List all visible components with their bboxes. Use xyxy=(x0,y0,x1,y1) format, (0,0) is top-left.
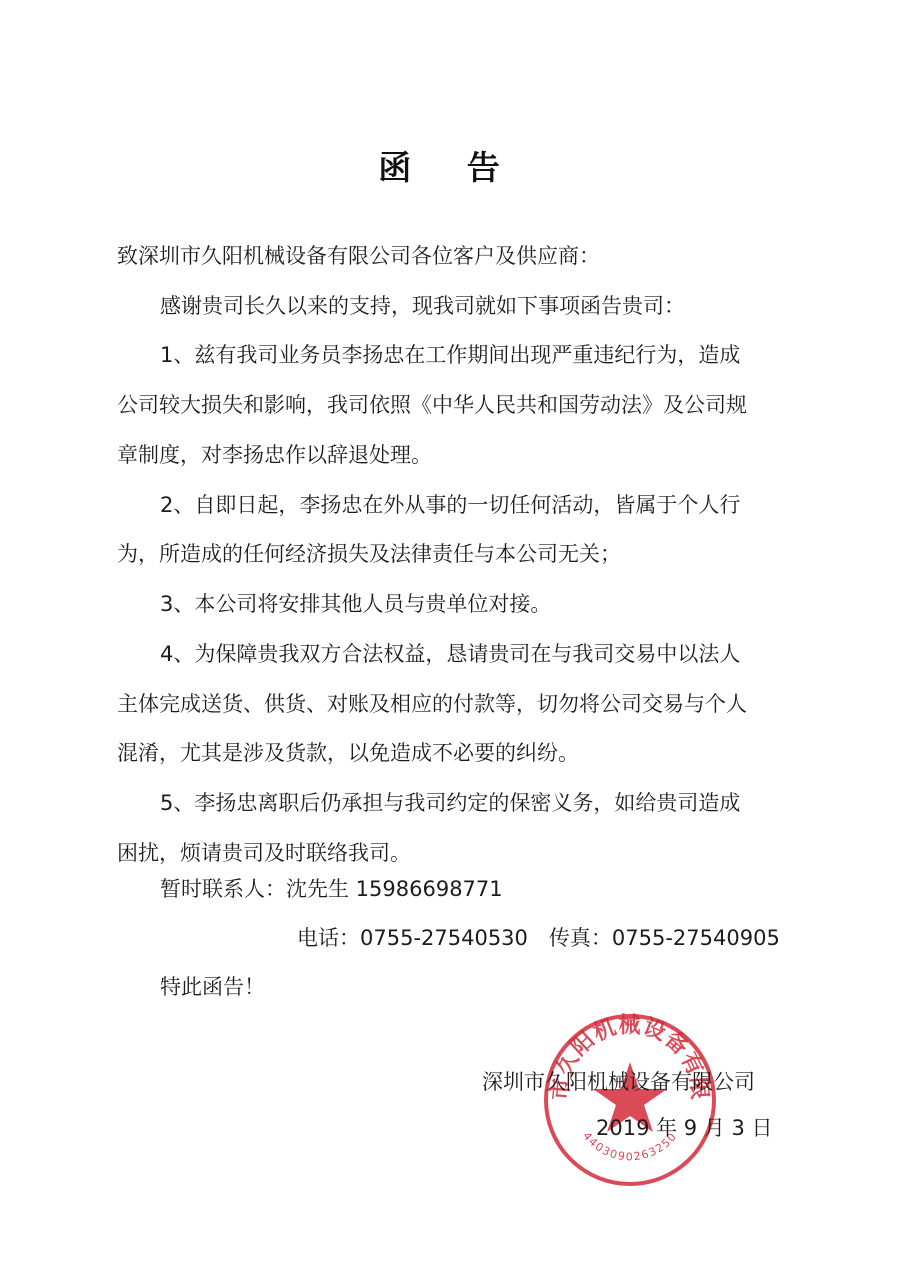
item-3-line-1: 3、本公司将安排其他人员与贵单位对接。 xyxy=(160,588,551,618)
closing-text: 特此函告！ xyxy=(160,971,265,1001)
item-1-line-2: 公司较大损失和影响，我司依照《中华人民共和国劳动法》及公司规 xyxy=(117,389,747,419)
item-2-line-1: 2、自即日起，李扬忠在外从事的一切任何活动，皆属于个人行 xyxy=(160,489,740,519)
item-4-line-3: 混淆，尤其是涉及货款，以免造成不必要的纠纷。 xyxy=(117,737,579,767)
letter-page: 函 告 致深圳市久阳机械设备有限公司各位客户及供应商： 感谢贵司长久以来的支持，… xyxy=(0,0,900,1283)
item-4-line-2: 主体完成送货、供货、对账及相应的付款等，切勿将公司交易与个人 xyxy=(117,688,747,718)
item-5-line-1: 5、李扬忠离职后仍承担与我司约定的保密义务，如给贵司造成 xyxy=(160,787,740,817)
salutation: 致深圳市久阳机械设备有限公司各位客户及供应商： xyxy=(117,240,600,270)
seal-stamp-icon: 深圳市久阳机械设备有限公司 4403090263250 xyxy=(540,1010,720,1190)
item-2-line-2: 为，所造成的任何经济损失及法律责任与本公司无关； xyxy=(117,538,621,568)
contact-person: 暂时联系人：沈先生 15986698771 xyxy=(160,873,503,903)
contact-phone-fax: 电话：0755-27540530 传真：0755-27540905 xyxy=(297,922,780,952)
signature-date: 2019 年 9 月 3 日 xyxy=(596,1112,773,1142)
document-title: 函 告 xyxy=(0,142,900,189)
item-4-line-1: 4、为保障贵我双方合法权益，恳请贵司在与我司交易中以法人 xyxy=(160,638,740,668)
company-seal: 深圳市久阳机械设备有限公司 4403090263250 xyxy=(540,1010,720,1190)
intro-paragraph: 感谢贵司长久以来的支持，现我司就如下事项函告贵司： xyxy=(160,290,685,320)
item-1-line-1: 1、兹有我司业务员李扬忠在工作期间出现严重违纪行为，造成 xyxy=(160,339,740,369)
item-5-line-2: 困扰，烦请贵司及时联络我司。 xyxy=(117,837,411,867)
item-1-line-3: 章制度，对李扬忠作以辞退处理。 xyxy=(117,439,432,469)
signature-company: 深圳市久阳机械设备有限公司 xyxy=(482,1066,755,1096)
